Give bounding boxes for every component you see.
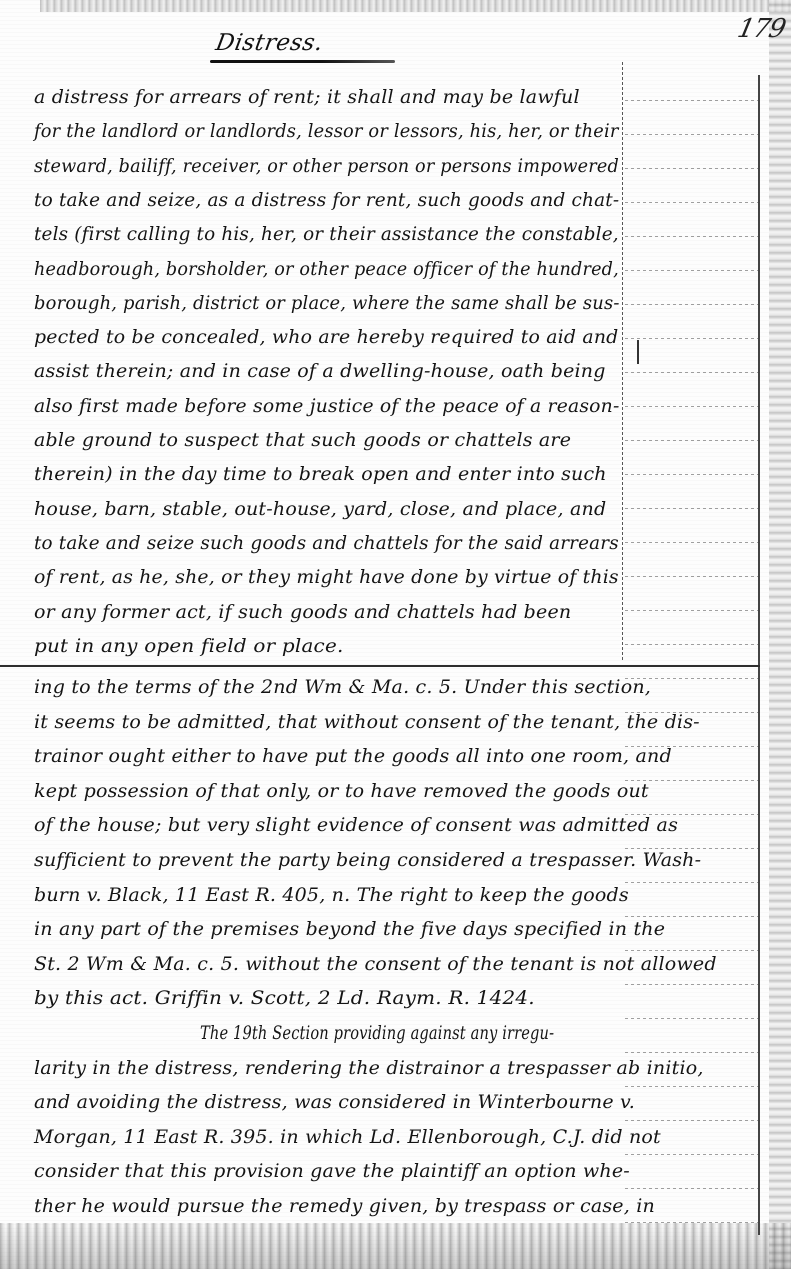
lower_section-line: it seems to be admitted, that without co… <box>34 711 700 733</box>
lower_section-line: ther he would pursue the remedy given, b… <box>34 1195 655 1217</box>
upper_section-line: also first made before some justice of t… <box>34 395 619 417</box>
upper_section-line: steward, bailiff, receiver, or other per… <box>34 155 619 177</box>
upper_section-line: headborough, borsholder, or other peace … <box>34 258 619 280</box>
upper_section-line: for the landlord or landlords, lessor or… <box>34 120 619 142</box>
margin-ruled-line <box>625 1154 758 1155</box>
margin-ruled-line <box>625 882 758 883</box>
margin-ruled-line <box>625 270 758 271</box>
margin-ruled-line <box>625 168 758 169</box>
scan-edge-right <box>769 0 791 1269</box>
lower_section-line: in any part of the premises beyond the f… <box>34 918 665 940</box>
upper_section-line: put in any open field or place. <box>34 635 344 657</box>
margin-ruled-line <box>625 542 758 543</box>
upper_section-line: borough, parish, district or place, wher… <box>34 292 620 314</box>
margin-ruled-line <box>625 916 758 917</box>
margin-pencil-mark <box>637 340 639 364</box>
margin-ruled-line <box>625 780 758 781</box>
lower_section-line: ing to the terms of the 2nd Wm & Ma. c. … <box>34 676 651 698</box>
margin-ruled-line <box>625 1188 758 1189</box>
margin-ruled-line <box>625 712 758 713</box>
margin-ruled-line <box>625 474 758 475</box>
lower_section-line: sufficient to prevent the party being co… <box>34 849 701 871</box>
upper_section-line: assist therein; and in case of a dwellin… <box>34 360 606 382</box>
scan-noise-bottom <box>0 1223 791 1269</box>
margin-ruled-line <box>625 1120 758 1121</box>
margin-ruled-line <box>625 440 758 441</box>
upper_section-line: a distress for arrears of rent; it shall… <box>34 86 580 108</box>
margin-ruled-line <box>625 202 758 203</box>
margin-ruled-line <box>625 406 758 407</box>
page-title: Distress. <box>214 30 325 56</box>
section-divider <box>0 665 760 667</box>
lower_section-line: The 19th Section providing against any i… <box>200 1022 554 1044</box>
margin-ruled-line <box>625 508 758 509</box>
margin-ruled-line <box>625 1086 758 1087</box>
margin-rule-inner <box>622 62 623 662</box>
lower_section-line: consider that this provision gave the pl… <box>34 1160 630 1182</box>
margin-ruled-line <box>625 576 758 577</box>
lower_section-line: of the house; but very slight evidence o… <box>34 814 678 836</box>
margin-ruled-line <box>625 100 758 101</box>
upper_section-line: to take and seize, as a distress for ren… <box>34 189 619 211</box>
margin-ruled-line <box>625 984 758 985</box>
upper_section-line: able ground to suspect that such goods o… <box>34 429 571 451</box>
margin-ruled-line <box>625 372 758 373</box>
upper_section-line: or any former act, if such goods and cha… <box>34 601 571 623</box>
margin-rule-outer <box>758 75 760 1235</box>
page-number: 179 <box>735 14 788 44</box>
lower_section-line: larity in the distress, rendering the di… <box>34 1057 704 1079</box>
margin-ruled-line <box>625 950 758 951</box>
margin-ruled-line <box>625 848 758 849</box>
scan-noise-top <box>40 0 791 12</box>
margin-ruled-line <box>625 814 758 815</box>
margin-ruled-line <box>625 678 758 679</box>
lower_section-line: St. 2 Wm & Ma. c. 5. without the consent… <box>34 953 717 975</box>
lower_section-line: Morgan, 11 East R. 395. in which Ld. Ell… <box>34 1126 661 1148</box>
lower_section-line: by this act. Griffin v. Scott, 2 Ld. Ray… <box>34 987 535 1009</box>
upper_section-line: therein) in the day time to break open a… <box>34 463 607 485</box>
lower_section-line: burn v. Black, 11 East R. 405, n. The ri… <box>34 884 629 906</box>
margin-ruled-line <box>625 338 758 339</box>
title-underline <box>210 60 395 63</box>
upper_section-line: to take and seize such goods and chattel… <box>34 532 619 554</box>
upper_section-line: tels (first calling to his, her, or thei… <box>34 223 619 245</box>
margin-ruled-line <box>625 1052 758 1053</box>
manuscript-page: 179 Distress. a distress for arrears of … <box>0 0 791 1269</box>
margin-ruled-line <box>625 134 758 135</box>
upper_section-line: of rent, as he, she, or they might have … <box>34 566 619 588</box>
margin-ruled-line <box>625 236 758 237</box>
lower_section-line: trainor ought either to have put the goo… <box>34 745 672 767</box>
margin-ruled-line <box>625 746 758 747</box>
margin-ruled-line <box>625 610 758 611</box>
margin-ruled-line <box>625 1018 758 1019</box>
lower_section-line: kept possession of that only, or to have… <box>34 780 649 802</box>
margin-ruled-line <box>625 304 758 305</box>
margin-ruled-line <box>625 644 758 645</box>
margin-ruled-line <box>625 1222 758 1223</box>
lower_section-line: and avoiding the distress, was considere… <box>34 1091 635 1113</box>
upper_section-line: house, barn, stable, out-house, yard, cl… <box>34 498 606 520</box>
upper_section-line: pected to be concealed, who are hereby r… <box>34 326 618 348</box>
